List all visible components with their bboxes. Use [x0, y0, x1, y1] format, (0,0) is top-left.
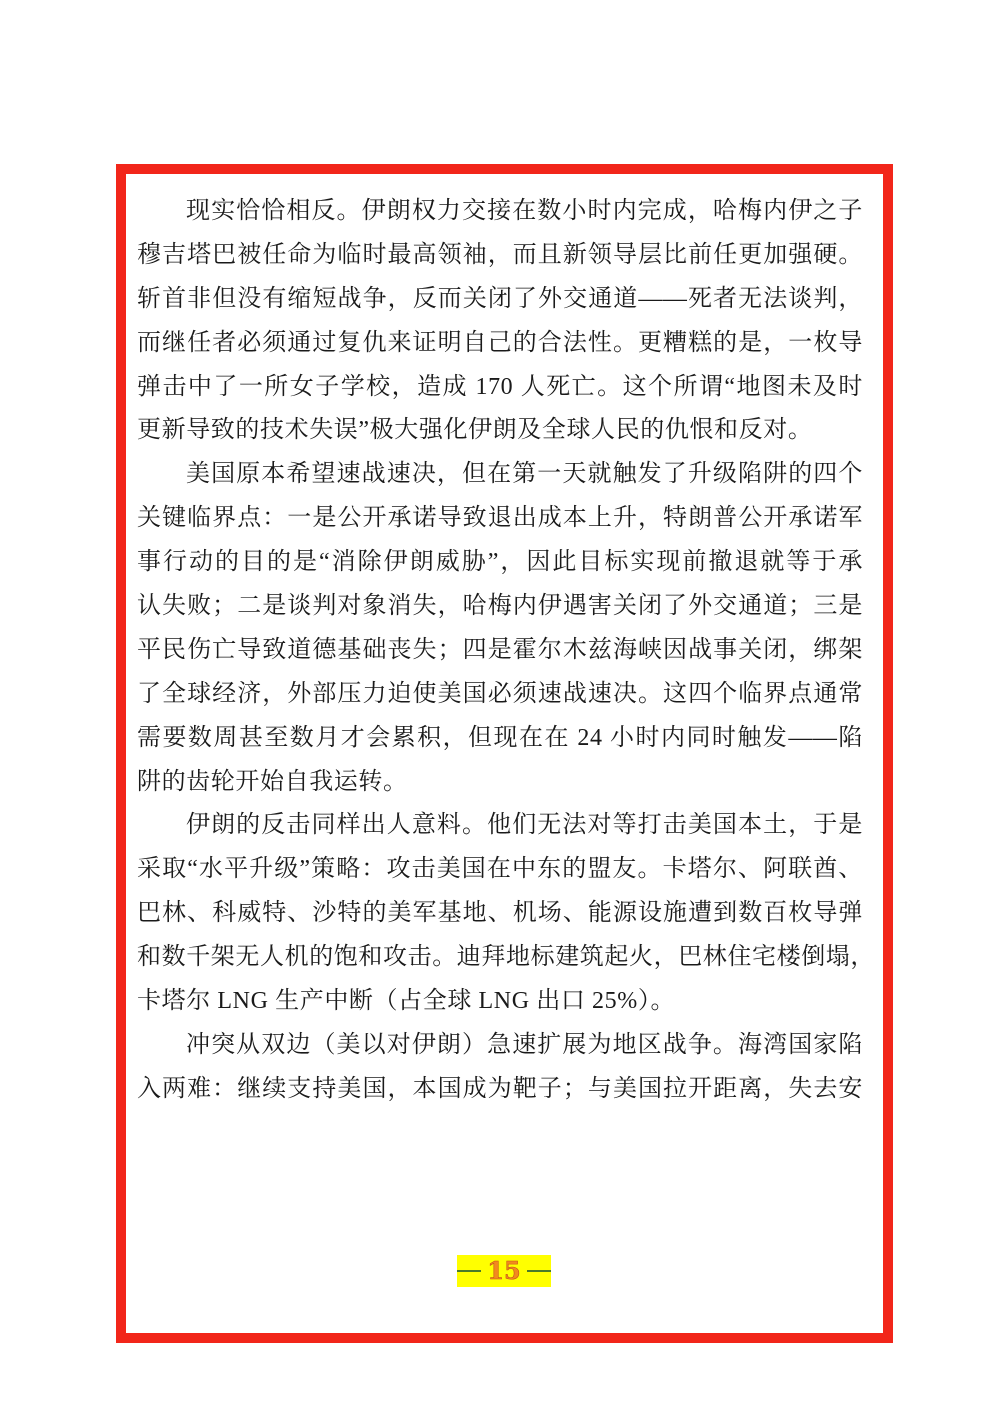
document-body: 现实恰恰相反。伊朗权力交接在数小时内完成，哈梅内伊之子 穆吉塔巴被任命为临时最高…: [137, 190, 863, 1112]
text-line: 了全球经济，外部压力迫使美国必须速战速决。这四个临界点通常: [137, 673, 863, 717]
text-line: 弹击中了一所女子学校，造成 170 人死亡。这个所谓“地图未及时: [137, 366, 863, 410]
text-line: 巴林、科威特、沙特的美军基地、机场、能源设施遭到数百枚导弹: [137, 892, 863, 936]
page-number-badge: 15: [457, 1255, 551, 1287]
paragraph-3: 伊朗的反击同样出人意料。他们无法对等打击美国本土，于是 采取“水平升级”策略：攻…: [137, 804, 863, 1023]
text-line: 卡塔尔 LNG 生产中断（占全球 LNG 出口 25%）。: [137, 980, 863, 1024]
text-line: 事行动的目的是“消除伊朗威胁”，因此目标实现前撤退就等于承: [137, 541, 863, 585]
text-line: 和数千架无人机的饱和攻击。迪拜地标建筑起火，巴林住宅楼倒塌，: [137, 936, 863, 980]
dash-left-decoration: [457, 1270, 481, 1272]
dash-right-decoration: [527, 1270, 551, 1272]
text-line: 关键临界点：一是公开承诺导致退出成本上升，特朗普公开承诺军: [137, 497, 863, 541]
text-line: 斩首非但没有缩短战争，反而关闭了外交通道——死者无法谈判，: [137, 278, 863, 322]
text-line: 认失败；二是谈判对象消失，哈梅内伊遇害关闭了外交通道；三是: [137, 585, 863, 629]
text-line: 平民伤亡导致道德基础丧失；四是霍尔木兹海峡因战事关闭，绑架: [137, 629, 863, 673]
text-line: 美国原本希望速战速决，但在第一天就触发了升级陷阱的四个: [137, 453, 863, 497]
text-line: 需要数周甚至数月才会累积，但现在在 24 小时内同时触发——陷: [137, 717, 863, 761]
paragraph-1: 现实恰恰相反。伊朗权力交接在数小时内完成，哈梅内伊之子 穆吉塔巴被任命为临时最高…: [137, 190, 863, 453]
text-line: 而继任者必须通过复仇来证明自己的合法性。更糟糕的是，一枚导: [137, 322, 863, 366]
page-number: 15: [487, 1255, 520, 1287]
text-line: 穆吉塔巴被任命为临时最高领袖，而且新领导层比前任更加强硬。: [137, 234, 863, 278]
paragraph-2: 美国原本希望速战速决，但在第一天就触发了升级陷阱的四个 关键临界点：一是公开承诺…: [137, 453, 863, 804]
text-line: 冲突从双边（美以对伊朗）急速扩展为地区战争。海湾国家陷: [137, 1024, 863, 1068]
text-line: 入两难：继续支持美国，本国成为靶子；与美国拉开距离，失去安: [137, 1068, 863, 1112]
text-line: 更新导致的技术失误”极大强化伊朗及全球人民的仇恨和反对。: [137, 409, 863, 453]
text-line: 采取“水平升级”策略：攻击美国在中东的盟友。卡塔尔、阿联酋、: [137, 848, 863, 892]
text-line: 现实恰恰相反。伊朗权力交接在数小时内完成，哈梅内伊之子: [137, 190, 863, 234]
paragraph-4: 冲突从双边（美以对伊朗）急速扩展为地区战争。海湾国家陷 入两难：继续支持美国，本…: [137, 1024, 863, 1112]
text-line: 伊朗的反击同样出人意料。他们无法对等打击美国本土，于是: [137, 804, 863, 848]
text-line: 阱的齿轮开始自我运转。: [137, 761, 863, 805]
